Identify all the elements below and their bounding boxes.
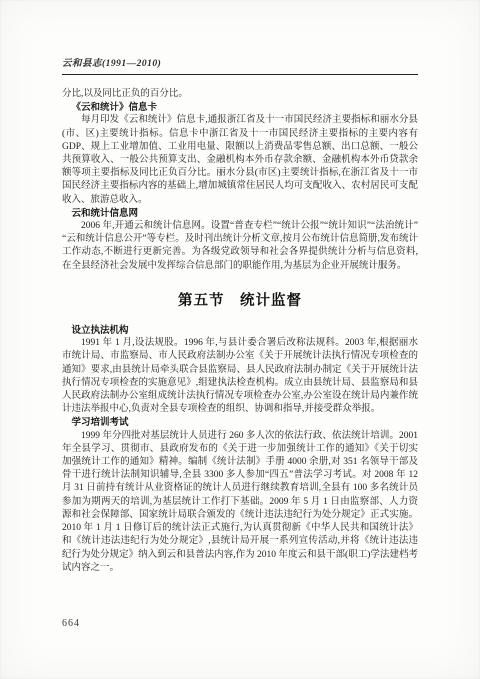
entry-paragraph-law-agency: 1991 年 1 月,设法规股。1996 年,与县计委合署后改称法规科。2003… xyxy=(62,337,418,416)
carryover-paragraph: 分比,以及同比正负的百分比。 xyxy=(62,88,418,101)
entry-heading-training-exam: 学习培训考试 xyxy=(62,416,418,429)
entry-heading-info-web: 云和统计信息网 xyxy=(62,207,418,220)
page-number: 664 xyxy=(62,618,80,629)
scanned-book-page: 云和县志(1991—2010) 分比,以及同比正负的百分比。 《云和统计》信息卡… xyxy=(0,0,480,679)
entry-paragraph-info-web: 2006 年,开通云和统计信息网。设置“普查专栏”“统计公报”“统计知识”“法治… xyxy=(62,220,418,273)
entry-paragraph-info-card: 每月印发《云和统计》信息卡,通报浙江省及十一市国民经济主要指标和丽水分县(市、区… xyxy=(62,114,418,206)
page-body: 分比,以及同比正负的百分比。 《云和统计》信息卡 每月印发《云和统计》信息卡,通… xyxy=(62,88,418,575)
section-heading: 第五节 统计监督 xyxy=(62,295,418,308)
entry-heading-law-agency: 设立执法机构 xyxy=(62,324,418,337)
running-header: 云和县志(1991—2010) xyxy=(62,55,418,75)
entry-heading-info-card: 《云和统计》信息卡 xyxy=(62,101,418,114)
entry-paragraph-training-exam: 1999 年分四批对基层统计人员进行 260 多人次的依法行政、依法统计培训。2… xyxy=(62,430,418,575)
